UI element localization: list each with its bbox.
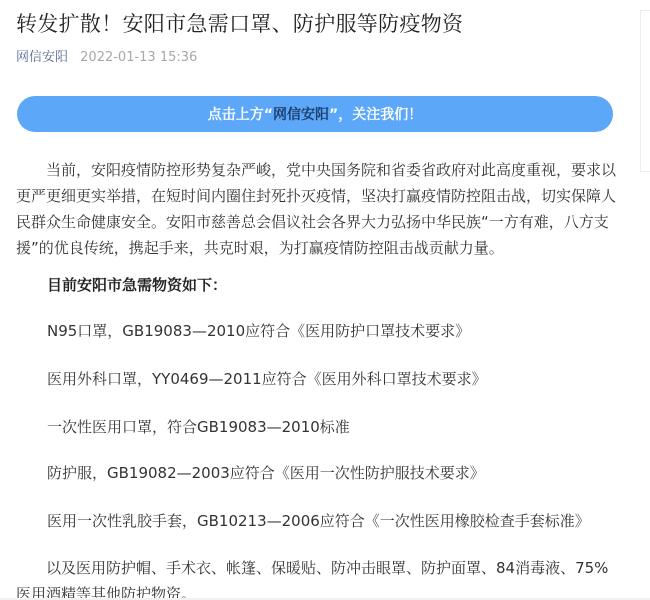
supply-item: 一次性医用口罩，符合GB19083—2010标准 — [47, 414, 350, 440]
article: 转发扩散！安阳市急需口罩、防护服等防疫物资 网信安阳 2022-01-13 15… — [0, 0, 640, 600]
supply-item: 医用一次性乳胶手套，GB10213—2006应符合《一次性医用橡胶检查手套标准》 — [47, 508, 590, 534]
supply-item: 医用外科口罩，YY0469—2011应符合《医用外科口罩技术要求》 — [47, 366, 487, 392]
banner-prefix: 点击上方“ — [208, 104, 273, 124]
banner-account-name: 网信安阳 — [273, 104, 329, 124]
side-panel-edge — [640, 10, 650, 172]
supplies-heading: 目前安阳市急需物资如下： — [47, 272, 649, 298]
supply-item: 防护服，GB19082—2003应符合《医用一次性防护服技术要求》 — [47, 460, 485, 486]
article-title: 转发扩散！安阳市急需口罩、防护服等防疫物资 — [16, 9, 463, 39]
follow-banner[interactable]: 点击上方“ 网信安阳 ”，关注我们！ — [17, 96, 613, 132]
article-meta: 网信安阳 2022-01-13 15:36 — [16, 48, 197, 68]
banner-suffix: ”，关注我们！ — [329, 104, 422, 124]
supply-item: N95口罩，GB19083—2010应符合《医用防护口罩技术要求》 — [47, 318, 470, 344]
closing-paragraph: 以及医用防护帽、手术衣、帐篷、保暖贴、防冲击眼罩、防护面罩、84消毒液、75%医… — [16, 555, 618, 600]
intro-paragraph: 当前，安阳疫情防控形势复杂严峻，党中央国务院和省委省政府对此高度重视，要求以更严… — [16, 157, 618, 261]
publish-date: 2022-01-13 15:36 — [80, 50, 197, 65]
source-link[interactable]: 网信安阳 — [16, 50, 68, 65]
